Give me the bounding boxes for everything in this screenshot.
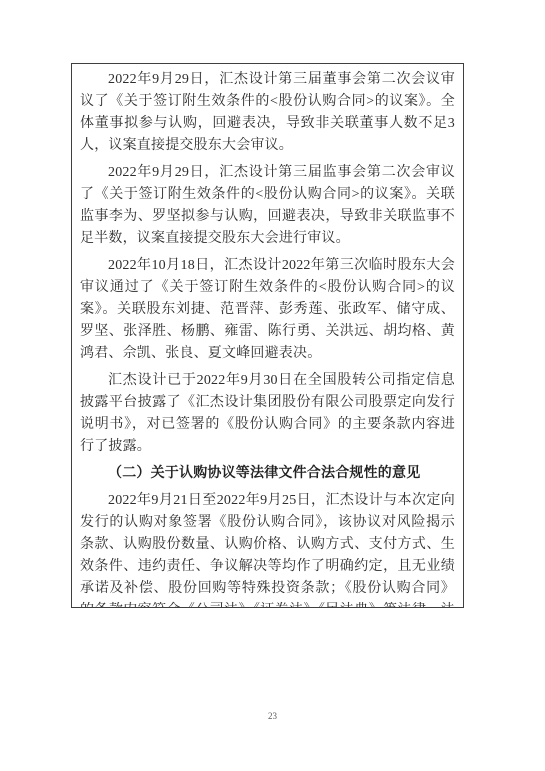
paragraph-supervisory-meeting: 2022年9月29日，汇杰设计第三届监事会第二次会审议了《关于签订附生效条件的<… [80, 162, 455, 250]
paragraph-disclosure: 汇杰设计已于2022年9月30日在全国股转公司指定信息披露平台披露了《汇杰设计集… [80, 370, 455, 458]
document-page: 2022年9月29日，汇杰设计第三届董事会第二次会议审议了《关于签订附生效条件的… [0, 0, 545, 771]
paragraph-subscription-contract-terms: 2022年9月21日至2022年9月25日，汇杰设计与本次定向发行的认购对象签署… [80, 490, 455, 608]
paragraph-board-meeting: 2022年9月29日，汇杰设计第三届董事会第二次会议审议了《关于签订附生效条件的… [80, 69, 455, 157]
bordered-text-block: 2022年9月29日，汇杰设计第三届董事会第二次会议审议了《关于签订附生效条件的… [71, 63, 464, 608]
page-number: 23 [0, 711, 545, 721]
paragraph-shareholders-meeting: 2022年10月18日，汇杰设计2022年第三次临时股东大会审议通过了《关于签订… [80, 255, 455, 365]
section-heading-legality-opinion: （二）关于认购协议等法律文件合法合规性的意见 [80, 463, 455, 485]
